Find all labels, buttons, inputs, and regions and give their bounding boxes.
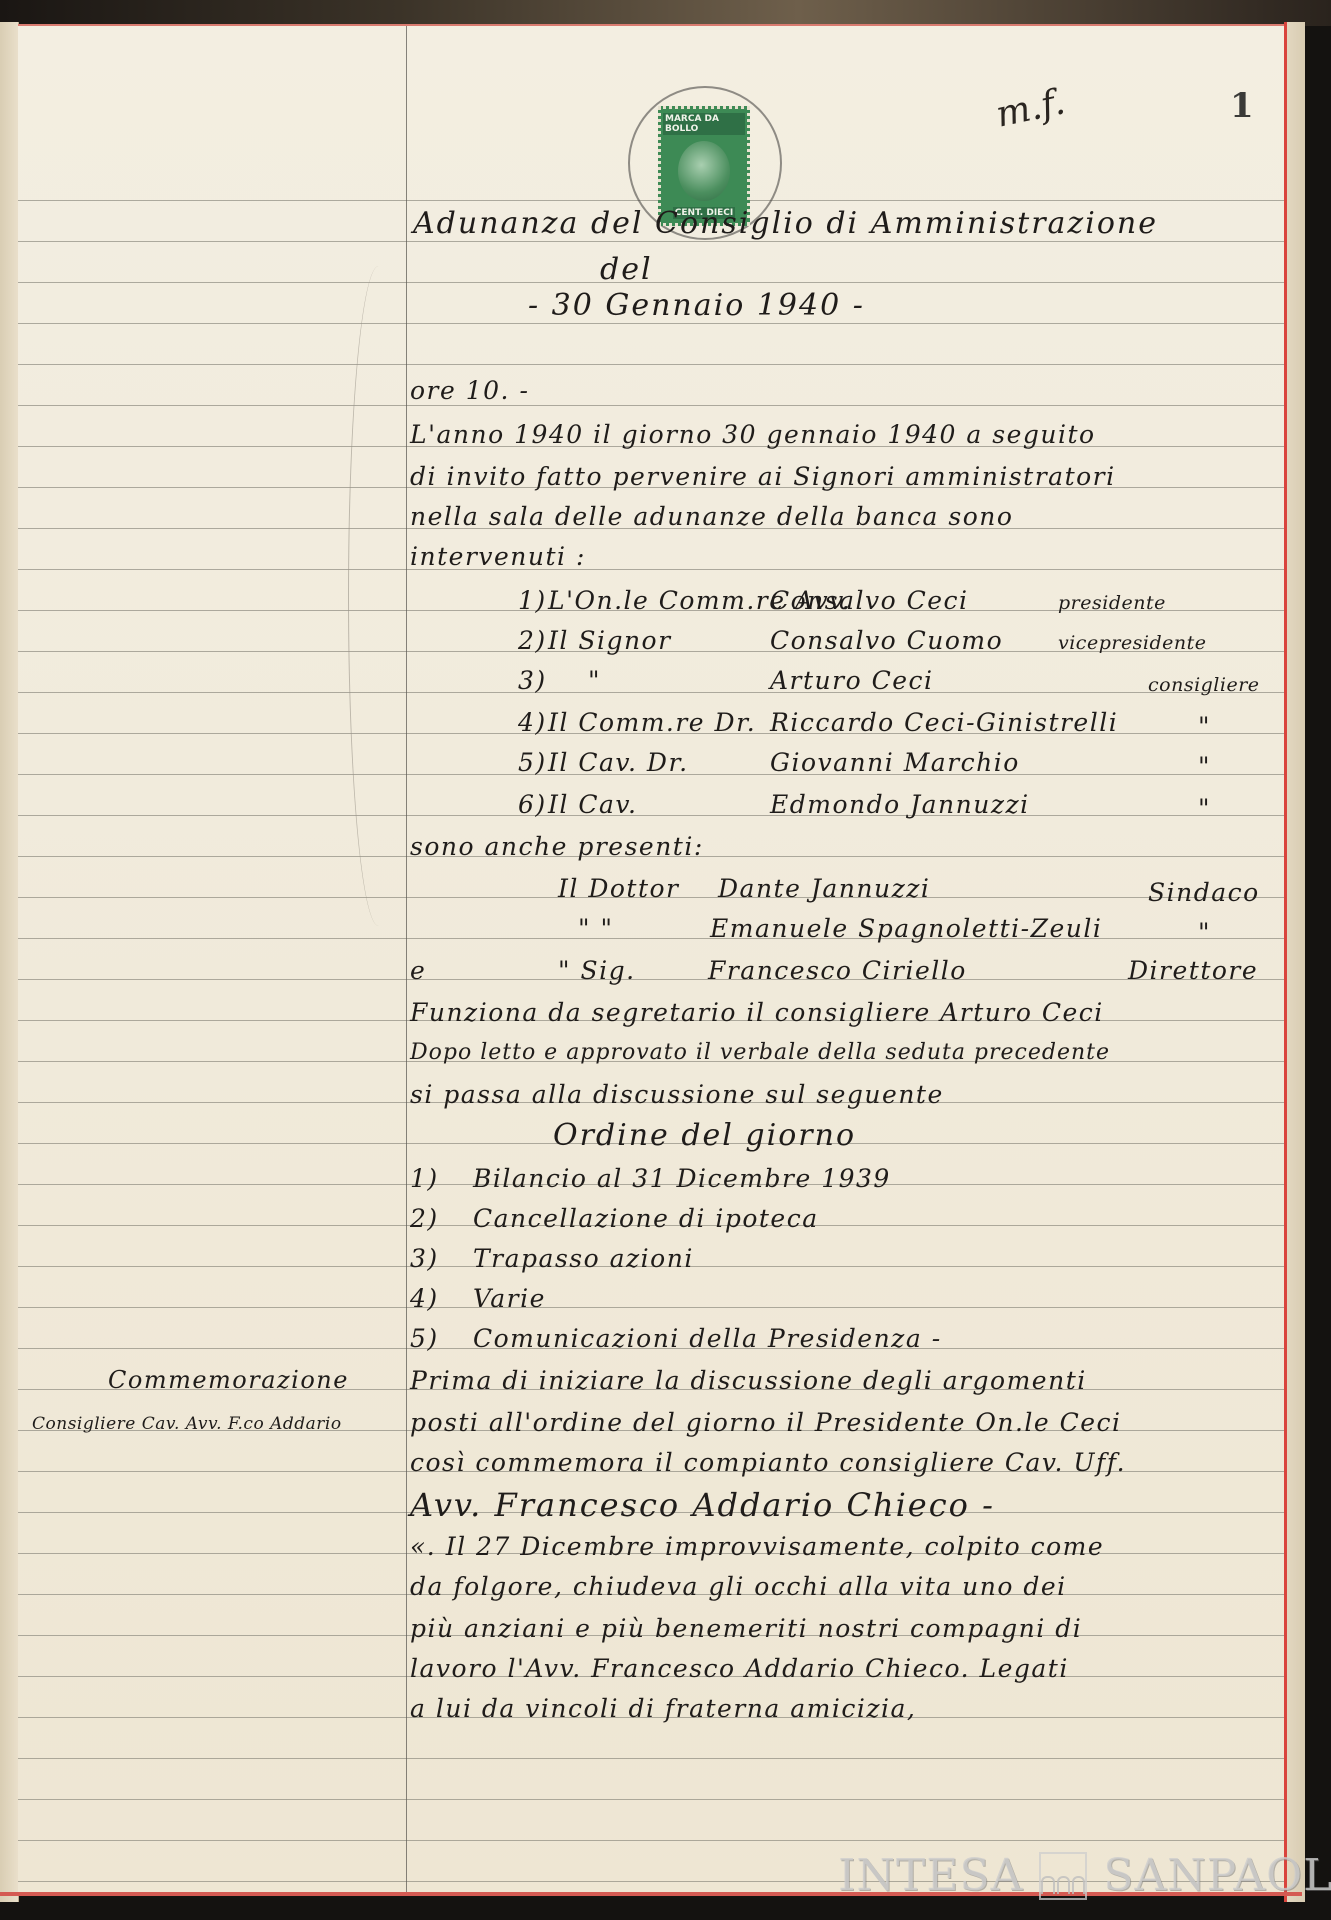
initials-signature: m.f. [992,81,1068,135]
page-red-edge [1284,22,1305,1902]
attendee-number: 5) [518,748,547,777]
agenda-number: 4) [410,1284,439,1313]
agenda-title: Ordine del giorno [553,1118,856,1153]
attendee-name: Consalvo Ceci [770,586,969,615]
ruled-line [18,364,1284,365]
present-name: Francesco Ciriello [708,956,967,985]
approval-line: si passa alla discussione sul seguente [410,1080,944,1109]
stamp-top-text: MARCA DA BOLLO [663,113,745,135]
ruled-line [18,323,1284,324]
attendee-name: Riccardo Ceci-Ginistrelli [770,708,1118,737]
ruled-line [18,692,1284,693]
attendee-title: " [588,666,601,695]
attendee-role: consigliere [1148,674,1260,696]
agenda-item: Varie [473,1284,546,1313]
arch-icon [1072,1876,1085,1894]
margin-note-title: Commemorazione [108,1366,349,1394]
commemoration-line: a lui da vincoli di fraterna amicizia, [410,1694,916,1723]
attendee-number: 6) [518,790,547,819]
present-role: Direttore [1128,956,1258,985]
attendee-title: Il Cav. [548,790,637,819]
commemoration-line: «. Il 27 Dicembre improvvisamente, colpi… [410,1532,1104,1561]
attendee-number: 1) [518,586,547,615]
commemoration-line: da folgore, chiudeva gli occhi alla vita… [410,1572,1067,1601]
heading-date: - 30 Gennaio 1940 - [528,288,865,323]
present-role: Sindaco [1148,878,1260,907]
present-name: Emanuele Spagnoletti-Zeuli [710,914,1102,943]
present-title: " " [578,914,613,943]
commemoration-line: posti all'ordine del giorno il President… [410,1408,1122,1437]
present-name: Dante Jannuzzi [718,874,930,903]
attendee-role: vicepresidente [1058,632,1207,654]
intro-line: di invito fatto pervenire ai Signori amm… [410,462,1116,491]
ledger-page: MARCA DA BOLLO CENT. DIECI m.f. 1 Adunan… [18,24,1284,1896]
meeting-time: ore 10. - [410,376,529,405]
attendee-number: 2) [518,626,547,655]
attendee-title: Il Signor [548,626,672,655]
intro-line: L'anno 1940 il giorno 30 gennaio 1940 a … [410,420,1096,449]
agenda-number: 3) [410,1244,439,1273]
ruled-line [18,405,1284,406]
agenda-number: 2) [410,1204,439,1233]
agenda-number: 1) [410,1164,439,1193]
attendee-role: presidente [1058,592,1166,614]
intro-line: intervenuti : [410,542,586,571]
commemoration-line: così commemora il compianto consigliere … [410,1448,1126,1477]
arch-icon [1041,1876,1054,1894]
ruled-line [18,1840,1284,1841]
present-title: Il Dottor [558,874,680,903]
attendee-role: " [1198,712,1211,741]
ruled-line [18,979,1284,980]
attendee-role: " [1198,794,1211,823]
secretary-line: Funziona da segretario il consigliere Ar… [410,998,1104,1027]
ruled-line [18,1758,1284,1759]
agenda-item: Comunicazioni della Presidenza - [473,1324,942,1353]
background-top [0,0,1331,26]
present-role: " [1198,918,1211,947]
ruled-line [18,569,1284,570]
intro-line: nella sala delle adunanze della banca so… [410,502,1013,531]
attendee-title: Il Comm.re Dr. [548,708,756,737]
agenda-number: 5) [410,1324,439,1353]
ruled-line [18,1799,1284,1800]
attendee-name: Consalvo Cuomo [770,626,1003,655]
page-stack-left-edge [0,22,19,1902]
attendee-name: Giovanni Marchio [770,748,1020,777]
commemoration-line: più anziani e più benemeriti nostri comp… [410,1614,1082,1643]
ruled-line [18,815,1284,816]
agenda-item: Cancellazione di ipoteca [473,1204,819,1233]
bank-logo-icon [1039,1852,1087,1900]
stamp-portrait-icon [678,141,730,201]
attendee-name: Arturo Ceci [770,666,934,695]
commemoration-line: Prima di iniziare la discussione degli a… [410,1366,1087,1395]
attendee-title: Il Cav. Dr. [548,748,689,777]
attendee-name: Edmondo Jannuzzi [770,790,1030,819]
attendee-role: " [1198,752,1211,781]
commemoration-line: Avv. Francesco Addario Chieco - [410,1486,995,1524]
agenda-item: Bilancio al 31 Dicembre 1939 [473,1164,891,1193]
attendee-number: 4) [518,708,547,737]
ruled-line [18,1307,1284,1308]
arch-icon [1057,1876,1070,1894]
pencil-bracket-mark [348,266,409,926]
present-prefix: e [410,956,426,985]
margin-note-subject: Consigliere Cav. Avv. F.co Addario [32,1414,342,1434]
heading-line-1: Adunanza del Consiglio di Amministrazion… [413,206,1158,241]
present-title: " Sig. [558,956,636,985]
watermark-left-text: INTESA [838,1850,1023,1901]
also-present-label: sono anche presenti: [410,832,704,861]
heading-line-2: del [600,252,653,287]
agenda-item: Trapasso azioni [473,1244,694,1273]
page-number: 1 [1230,86,1254,126]
intesa-sanpaolo-watermark: INTESA SANPAOLO [838,1850,1331,1901]
watermark-right-text: SANPAOLO [1103,1850,1331,1901]
approval-line: Dopo letto e approvato il verbale della … [410,1040,1110,1065]
attendee-number: 3) [518,666,547,695]
commemoration-line: lavoro l'Avv. Francesco Addario Chieco. … [410,1654,1069,1683]
